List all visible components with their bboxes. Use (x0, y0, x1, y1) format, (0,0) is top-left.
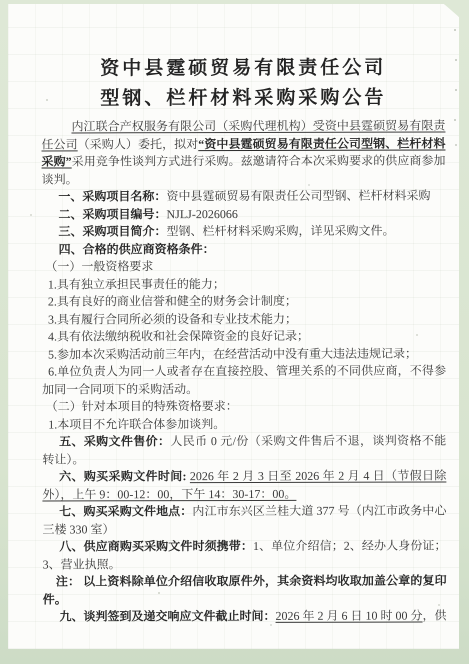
paragraph: 注： 以上资料除单位介绍信收取原件外，其余资料均收取加盖公章的复印件。 (43, 572, 447, 608)
paragraph: 5.参加本次采购活动前三年内，在经营活动中没有重大违法违规记录； (42, 345, 446, 364)
text-run: 采用竞争性谈判方式进行采购。兹邀请符合本次采购要求的供应商参加谈判。 (42, 153, 446, 186)
bold-text: 六、购买采购文件时间: (59, 469, 190, 483)
paragraph: 3.具有履行合同所必须的设备和专业技术能力； (42, 310, 446, 329)
bold-text: 四、合格的供应商资格条件： (59, 242, 215, 256)
text-run: 2.具有良好的商业信誉和健全的财务会计制度； (48, 294, 297, 309)
paragraph: 四、合格的供应商资格条件： (42, 240, 446, 259)
paragraph: 七、购买采购文件地点：内江市东兴区兰桂大道 377 号（内江市政务中心三楼 33… (42, 502, 446, 538)
paragraph: 1.具有独立承担民事责任的能力； (42, 275, 446, 294)
document-page: 资中县霆硕贸易有限责任公司 型钢、栏杆材料采购采购公告 内江联合产权服务有限公司… (8, 4, 459, 649)
text-run: （一）一般资格要求 (45, 259, 153, 273)
text-run: （二）针对本项目的特殊资格要求： (46, 399, 238, 414)
paragraph: 三、采购项目简介：型钢、栏杆材料采购采购，详见采购文件。 (42, 222, 446, 241)
paragraph: 八、供应商购买采购文件时须携带：1、单位介绍信；2、经办人身份证；3、营业执照。 (43, 537, 447, 573)
text-run: 1.具有独立承担民事责任的能力； (48, 277, 225, 291)
scan-background: 资中县霆硕贸易有限责任公司 型钢、栏杆材料采购采购公告 内江联合产权服务有限公司… (0, 0, 469, 664)
bold-text: 注： 以上资料除单位介绍信收取原件外，其余资料均收取加盖公章的复印件。 (43, 573, 447, 606)
text-run: ，供 (423, 608, 447, 622)
text-run: 3.具有履行合同所必须的设备和专业技术能力； (48, 311, 297, 326)
bold-text: 一、采购项目名称： (58, 189, 166, 203)
document-title-line-2: 型钢、栏杆材料采购采购公告 (41, 83, 445, 114)
text-run: 资中县霆硕贸易有限责任公司型钢、栏杆材料采购 (166, 189, 430, 204)
bold-text: 五、采购文件售价： (59, 434, 170, 448)
text-run: NJLJ-2026066 (166, 207, 237, 221)
paragraph: 一、采购项目名称：资中县霆硕贸易有限责任公司型钢、栏杆材料采购 (42, 187, 446, 206)
paragraph: 4.具有依法缴纳税收和社会保障资金的良好记录； (42, 327, 446, 346)
paragraph: 二、采购项目编号：NJLJ-2026066 (42, 205, 446, 224)
text-run: 1.本项目不允许联合体参加谈判。 (48, 417, 225, 431)
paragraph: 内江联合产权服务有限公司（采购代理机构）受资中县霆硕贸易有限责任公司（采购人）委… (41, 117, 445, 188)
text-run: 型钢、栏杆材料采购采购，详见采购文件。 (167, 224, 395, 239)
document-body: 内江联合产权服务有限公司（采购代理机构）受资中县霆硕贸易有限责任公司（采购人）委… (41, 117, 446, 626)
paragraph: 6.单位负责人为同一人或者存在直接控股、管理关系的不同供应商，不得参加同一合同项… (42, 362, 446, 398)
paragraph: 六、购买采购文件时间: 2026 年 2 月 3 日至 2026 年 2 月 4… (42, 467, 446, 503)
text-run: 5.参加本次采购活动前三年内，在经营活动中没有重大违法违规记录； (48, 346, 417, 361)
text-run: 4.具有依法缴纳税收和社会保障资金的良好记录； (48, 329, 309, 344)
paragraph: （二）针对本项目的特殊资格要求： (42, 397, 446, 416)
text-run: 6.单位负责人为同一人或者存在直接控股、管理关系的不同供应商，不得参加同一合同项… (42, 363, 446, 396)
document-title: 资中县霆硕贸易有限责任公司 型钢、栏杆材料采购采购公告 (41, 53, 445, 114)
underlined-text: 2026 年 2 月 6 日 10 时 00 分 (276, 609, 423, 623)
bold-text: 二、采购项目编号： (58, 207, 166, 221)
bold-text: 八、供应商购买采购文件时须携带： (59, 539, 253, 554)
paragraph: 五、采购文件售价：人民币 0 元/份（采购文件售后不退，谈判资格不能转让）。 (42, 432, 446, 468)
document-content: 资中县霆硕贸易有限责任公司 型钢、栏杆材料采购采购公告 内江联合产权服务有限公司… (41, 53, 446, 626)
document-title-line-1: 资中县霆硕贸易有限责任公司 (41, 53, 445, 84)
bold-text: 九、谈判签到及递交响应文件截止时间： (60, 609, 276, 624)
bold-text: 三、采购项目简介： (58, 224, 166, 238)
scan-speckles (8, 4, 10, 6)
paragraph: 九、谈判签到及递交响应文件截止时间：2026 年 2 月 6 日 10 时 00… (43, 607, 447, 626)
paragraph: 2.具有良好的商业信誉和健全的财务会计制度； (42, 292, 446, 311)
paragraph: （一）一般资格要求 (42, 257, 446, 276)
paragraph: 1.本项目不允许联合体参加谈判。 (42, 415, 446, 434)
bold-text: 七、购买采购文件地点： (59, 504, 192, 518)
text-run: （采购人）委托，拟对 (78, 137, 199, 151)
